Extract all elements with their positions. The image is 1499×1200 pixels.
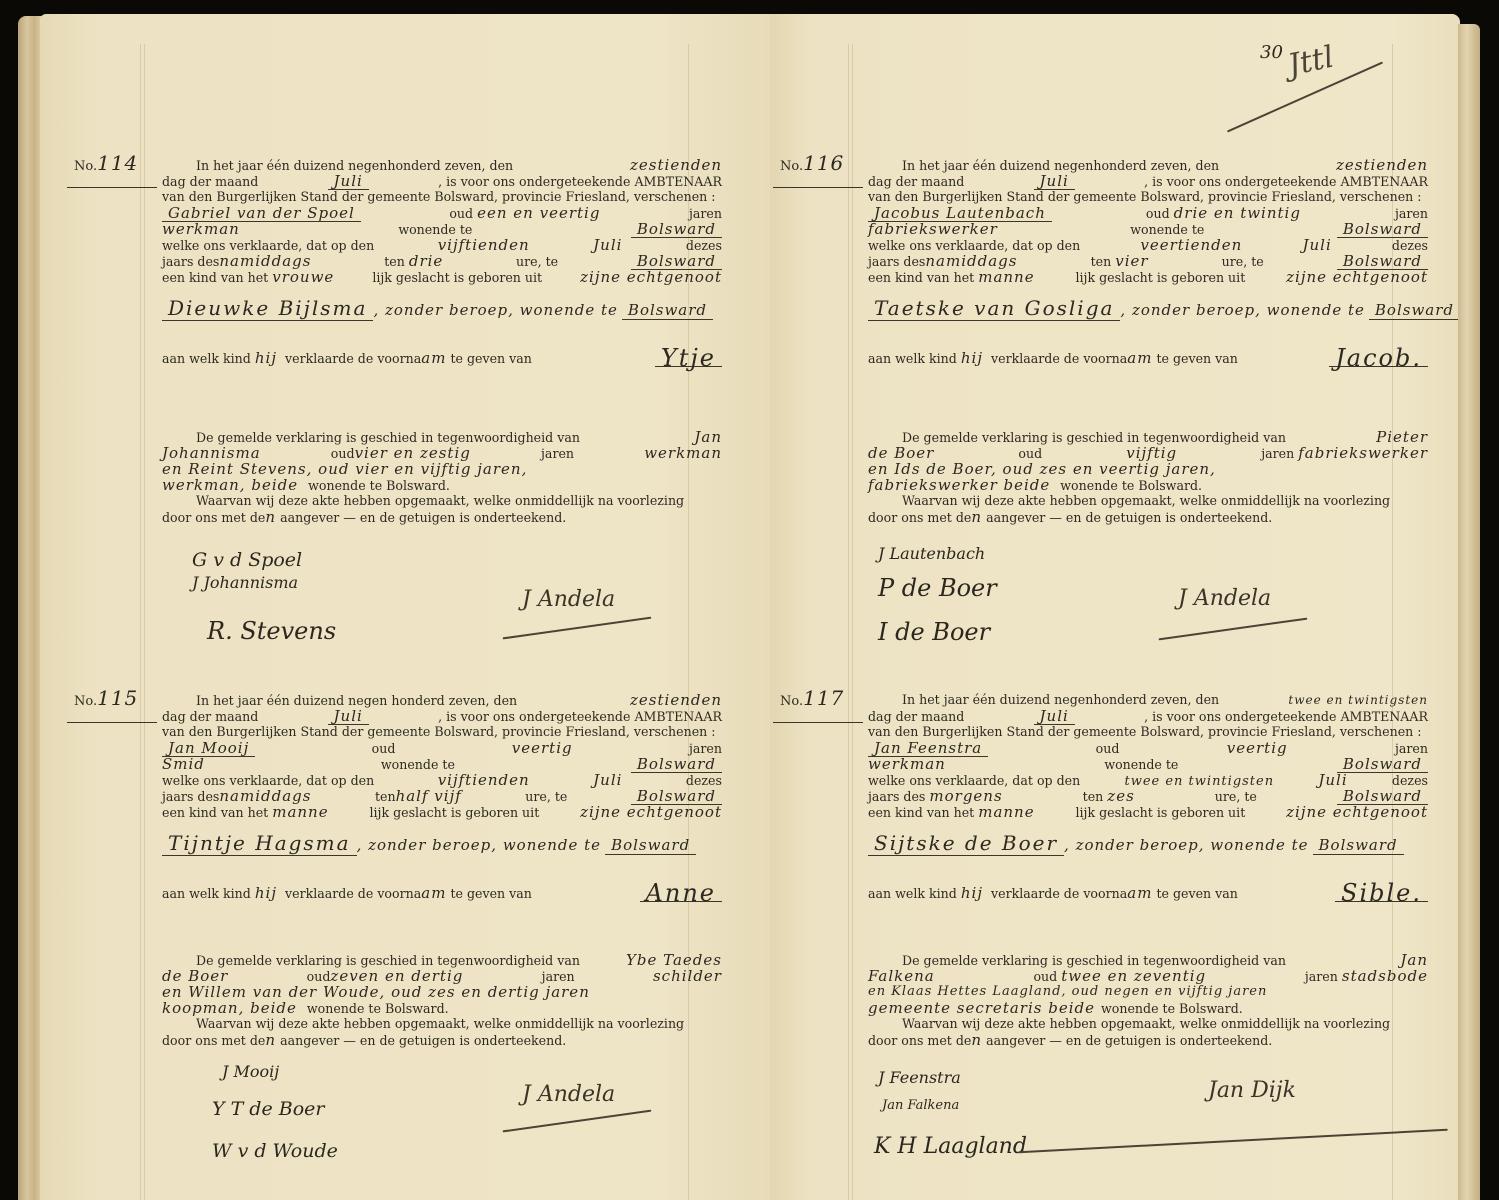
form-text: oud	[1146, 206, 1170, 221]
form-text: aangever — en de getuigen is onderteeken…	[280, 510, 566, 526]
signature-witness-1: Jan Falkena	[882, 1098, 959, 1113]
birth-entry-115: No.115 In het jaar één duizend negen hon…	[162, 692, 722, 1048]
registration-day: zestienden	[630, 157, 722, 173]
form-text: aangever — en de getuigen is onderteeken…	[986, 510, 1272, 526]
handwritten-suffix: am	[421, 349, 446, 367]
child-sex: manne	[978, 803, 1034, 821]
birth-month: Juli	[1318, 772, 1347, 788]
number-rule	[773, 722, 863, 723]
handwritten-suffix: n	[265, 1032, 276, 1048]
signature-flourish	[503, 617, 652, 640]
mother-name: Sijtske de Boer	[868, 831, 1064, 856]
form-text: oud	[1096, 741, 1120, 757]
relation: zijne echtgenoot	[1286, 269, 1428, 285]
signature-witness-2: R. Stevens	[207, 617, 336, 645]
birth-day: vijftienden	[438, 772, 530, 788]
form-text: , is voor ons ondergeteekende AMBTENAAR	[1144, 709, 1428, 725]
right-page: 30 Jttl No.116 In het jaar één duizend n…	[770, 14, 1460, 1200]
birth-month: Juli	[593, 772, 622, 788]
mother-detail: , zonder beroep, wonende te	[373, 301, 617, 319]
birth-month: Juli	[1302, 237, 1331, 253]
birth-hour: zes	[1107, 787, 1134, 805]
signature-witness-1: J Johannisma	[192, 573, 298, 592]
mother-residence: Bolsward	[1369, 301, 1460, 320]
child-name: Jacob.	[1329, 350, 1428, 367]
margin-rule	[852, 44, 853, 1200]
entry-number: No.114	[74, 155, 138, 175]
form-text: jaren	[541, 446, 574, 462]
handwritten-suffix: n	[971, 509, 982, 525]
birth-hour: vier	[1115, 252, 1148, 270]
signature-declarant: J Mooij	[222, 1062, 279, 1081]
mother-name: Taetske van Gosliga	[868, 296, 1120, 321]
form-text: ure, te	[525, 789, 567, 805]
form-text: verklaarde de voorna	[991, 351, 1127, 366]
form-text: wonende te	[1104, 757, 1178, 773]
signature-witness-2: I de Boer	[878, 618, 990, 646]
witness-1-surname: de Boer	[162, 968, 228, 984]
declarant-age: een en veertig	[477, 204, 600, 222]
witness-1-occupation: schilder	[653, 968, 722, 984]
form-text: ten	[1091, 254, 1112, 269]
signatures-114: G v d Spoel J Johannisma R. Stevens J An…	[162, 549, 722, 679]
form-text: ure, te	[1222, 254, 1264, 270]
signature-declarant: J Feenstra	[878, 1068, 961, 1087]
witness-1-occupation: stadsbode	[1342, 967, 1428, 985]
number-rule	[67, 187, 157, 188]
witness-1-given-name: Jan	[1400, 952, 1428, 968]
child-name: Sible.	[1335, 885, 1428, 902]
registration-day: twee en twintigsten	[1288, 692, 1428, 708]
declarant-residence: Bolsward	[631, 221, 722, 238]
form-text: verklaarde de voorna	[285, 886, 421, 901]
form-text: lijk geslacht is geboren uit	[1075, 270, 1245, 286]
witness-1-given-name: Ybe Taedes	[626, 952, 722, 968]
form-text: aangever — en de getuigen is onderteeken…	[280, 1033, 566, 1049]
declarant-age: veertig	[1227, 740, 1288, 756]
margin-rule	[144, 44, 145, 1200]
witness-1-surname: Falkena	[868, 968, 935, 984]
signature-declarant: J Lautenbach	[878, 544, 985, 563]
birth-hour: half vijf	[396, 787, 462, 805]
form-text: een kind van het	[868, 270, 974, 285]
signatures-117: J Feenstra Jan Falkena K H Laagland Jan …	[868, 1064, 1428, 1194]
declarant-occupation: fabriekswerker	[868, 221, 998, 237]
form-text: dag der maand	[162, 709, 258, 725]
form-text: lijk geslacht is geboren uit	[1075, 805, 1245, 821]
left-page: No.114 In het jaar één duizend negenhond…	[40, 14, 770, 1200]
entry-number: No.116	[780, 155, 844, 175]
signature-flourish	[1018, 1129, 1448, 1154]
signatures-115: J Mooij Y T de Boer W v d Woude J Andela	[162, 1060, 722, 1190]
birth-entry-114: No.114 In het jaar één duizend negenhond…	[162, 157, 722, 525]
form-text: Waarvan wij deze akte hebben opgemaakt, …	[196, 1016, 684, 1032]
handwritten-suffix: am	[1127, 349, 1152, 367]
registration-month: Juli	[328, 173, 369, 190]
signature-flourish	[503, 1110, 652, 1133]
handwritten-suffix: n	[971, 1032, 982, 1048]
form-text: wonende te Bolsward.	[308, 478, 450, 494]
margin-rule	[848, 44, 849, 1200]
witness-2-occupation: werkman, beide	[162, 477, 298, 493]
form-text: wonende te Bolsward.	[1060, 478, 1202, 494]
witness-2: en Ids de Boer, oud zes en veertig jaren…	[868, 461, 1216, 477]
relation: zijne echtgenoot	[1286, 804, 1428, 820]
form-text: dag der maand	[868, 709, 964, 725]
registration-month: Juli	[1034, 173, 1075, 190]
mother-detail: , zonder beroep, wonende te	[357, 836, 601, 854]
signature-declarant: G v d Spoel	[192, 549, 302, 571]
signature-witness-1: P de Boer	[878, 574, 997, 602]
witness-1-given-name: Pieter	[1376, 429, 1428, 445]
form-text: aan welk kind	[162, 351, 251, 366]
signature-official: Jan Dijk	[1208, 1078, 1296, 1103]
declarant-pronoun: hij	[961, 349, 983, 367]
child-sex: vrouwe	[272, 268, 334, 286]
number-rule	[67, 722, 157, 723]
form-text: door ons met de	[868, 1033, 971, 1049]
form-text: wonende te Bolsward.	[307, 1001, 449, 1017]
form-text: een kind van het	[162, 270, 268, 285]
form-text: van den Burgerlijken Stand der gemeente …	[868, 724, 1422, 740]
form-text: lijk geslacht is geboren uit	[369, 805, 539, 821]
form-text: door ons met de	[868, 510, 971, 526]
signature-official: J Andela	[522, 1082, 615, 1107]
witness-2-occupation: koopman, beide	[162, 1000, 297, 1016]
witness-1-surname: Johannisma	[162, 445, 261, 461]
form-text: oud	[307, 969, 331, 984]
form-text: te geven van	[1156, 351, 1237, 366]
form-text: , is voor ons ondergeteekende AMBTENAAR	[438, 174, 722, 190]
birth-entry-116: No.116 In het jaar één duizend negenhond…	[868, 157, 1428, 525]
form-text: aan welk kind	[868, 886, 957, 901]
declarant-occupation: werkman	[162, 221, 240, 237]
witness-1-age: vijftig	[1126, 445, 1177, 461]
witness-2: en Klaas Hettes Laagland, oud negen en v…	[868, 984, 1267, 1000]
birth-day: vijftienden	[438, 237, 530, 253]
child-sex: manne	[272, 803, 328, 821]
relation: zijne echtgenoot	[580, 804, 722, 820]
form-text: dag der maand	[868, 174, 964, 190]
form-text: jaars des	[162, 789, 219, 804]
birth-month: Juli	[593, 237, 622, 253]
form-text: door ons met de	[162, 1033, 265, 1049]
witness-1-age: twee en zeventig	[1061, 967, 1206, 985]
signature-witness-2: W v d Woude	[212, 1140, 338, 1162]
mother-detail: , zonder beroep, wonende te	[1120, 301, 1364, 319]
witness-1-surname: de Boer	[868, 445, 934, 461]
form-text: oud	[1033, 969, 1057, 984]
registration-day: zestienden	[630, 692, 722, 708]
form-text: Waarvan wij deze akte hebben opgemaakt, …	[902, 1016, 1390, 1032]
handwritten-suffix: am	[421, 884, 446, 902]
folio-number: 30	[1260, 42, 1283, 63]
form-text: oud	[449, 206, 473, 221]
form-text: aan welk kind	[162, 886, 251, 901]
form-text: ure, te	[516, 254, 558, 270]
birth-day: veertienden	[1140, 237, 1242, 253]
form-text: dag der maand	[162, 174, 258, 190]
form-text: verklaarde de voorna	[285, 351, 421, 366]
mother-residence: Bolsward	[1313, 836, 1404, 855]
birth-hour: drie	[409, 252, 443, 270]
registration-day: zestienden	[1336, 157, 1428, 173]
registration-month: Juli	[328, 708, 369, 725]
witness-2-occupation: gemeente secretaris beide	[868, 1000, 1095, 1016]
number-rule	[773, 187, 863, 188]
form-text: ure, te	[1215, 789, 1257, 805]
form-text: van den Burgerlijken Stand der gemeente …	[868, 189, 1422, 205]
signature-witness-2: K H Laagland	[874, 1134, 1027, 1159]
registration-month: Juli	[1034, 708, 1075, 725]
signature-flourish	[1159, 618, 1308, 641]
form-text: door ons met de	[162, 510, 265, 526]
declarant-occupation: Smid	[162, 756, 205, 772]
form-text: ten	[1083, 789, 1104, 804]
mother-name: Dieuwke Bijlsma	[162, 296, 373, 321]
form-text: lijk geslacht is geboren uit	[372, 270, 542, 286]
entry-number: No.115	[74, 690, 138, 710]
form-text: een kind van het	[868, 805, 974, 820]
declarant-pronoun: hij	[961, 884, 983, 902]
form-text: jaars des	[868, 254, 925, 269]
signature-official: J Andela	[1178, 586, 1271, 611]
form-text: , is voor ons ondergeteekende AMBTENAAR	[1144, 174, 1428, 190]
form-text: jaren	[1305, 969, 1338, 984]
form-text: jaren	[1261, 446, 1294, 461]
witness-1-occupation: fabriekswerker	[1298, 444, 1428, 462]
witness-1-occupation: werkman	[644, 445, 722, 461]
declarant-occupation: werkman	[868, 756, 946, 772]
mother-detail: , zonder beroep, wonende te	[1064, 836, 1308, 854]
mother-residence: Bolsward	[622, 301, 713, 320]
signature-official: J Andela	[522, 587, 615, 612]
child-name: Anne	[640, 885, 722, 902]
folio-paraph: Jttl	[1285, 40, 1337, 84]
form-text: jaars des	[868, 789, 925, 804]
form-text: wonende te Bolsward.	[1101, 1001, 1243, 1017]
form-text: jaars des	[162, 254, 219, 269]
witness-2: en Reint Stevens, oud vier en vijftig ja…	[162, 461, 527, 477]
form-text: Waarvan wij deze akte hebben opgemaakt, …	[902, 493, 1390, 509]
form-text: te geven van	[1156, 886, 1237, 901]
declarant-residence: Bolsward	[1337, 221, 1428, 238]
margin-rule	[140, 44, 141, 1200]
mother-name: Tijntje Hagsma	[162, 831, 357, 856]
witness-2: en Willem van der Woude, oud zes en dert…	[162, 984, 590, 1000]
entry-number: No.117	[780, 690, 844, 710]
declarant-pronoun: hij	[255, 349, 277, 367]
form-text: verklaarde de voorna	[991, 886, 1127, 901]
child-name: Ytje	[655, 350, 722, 367]
form-text: De gemelde verklaring is geschied in teg…	[902, 430, 1286, 446]
witness-1-given-name: Jan	[694, 429, 722, 445]
declarant-residence: Bolsward	[1337, 756, 1428, 773]
mother-residence: Bolsward	[605, 836, 696, 855]
form-text: , is voor ons ondergeteekende AMBTENAAR	[438, 709, 722, 725]
form-text: Waarvan wij deze akte hebben opgemaakt, …	[196, 493, 684, 509]
form-text: aangever — en de getuigen is onderteeken…	[986, 1033, 1272, 1049]
handwritten-suffix: am	[1127, 884, 1152, 902]
form-text: een kind van het	[162, 805, 268, 820]
birth-entry-117: No.117 In het jaar één duizend negenhond…	[868, 692, 1428, 1048]
register-book: No.114 In het jaar één duizend negenhond…	[18, 14, 1488, 1200]
declarant-age: drie en twintig	[1174, 204, 1301, 222]
form-text: te geven van	[450, 351, 531, 366]
form-text: oud	[372, 741, 396, 757]
page-edges-right	[1458, 24, 1480, 1200]
declarant-pronoun: hij	[255, 884, 277, 902]
form-text: oud	[331, 446, 355, 461]
form-text: te geven van	[450, 886, 531, 901]
signatures-116: J Lautenbach P de Boer I de Boer J Andel…	[868, 544, 1428, 674]
handwritten-suffix: n	[265, 509, 276, 525]
declarant-residence: Bolsward	[631, 756, 722, 773]
signature-witness-1: Y T de Boer	[212, 1098, 324, 1120]
form-text: aan welk kind	[868, 351, 957, 366]
form-text: van den Burgerlijken Stand der gemeente …	[162, 189, 716, 205]
child-sex: manne	[978, 268, 1034, 286]
witness-2-occupation: fabriekswerker beide	[868, 477, 1050, 493]
form-text: ten	[375, 789, 396, 804]
relation: zijne echtgenoot	[580, 269, 722, 285]
form-text: van den Burgerlijken Stand der gemeente …	[162, 724, 716, 740]
form-text: In het jaar één duizend negenhonderd zev…	[902, 692, 1219, 708]
form-text: ten	[384, 254, 405, 269]
declarant-age: veertig	[512, 740, 573, 756]
